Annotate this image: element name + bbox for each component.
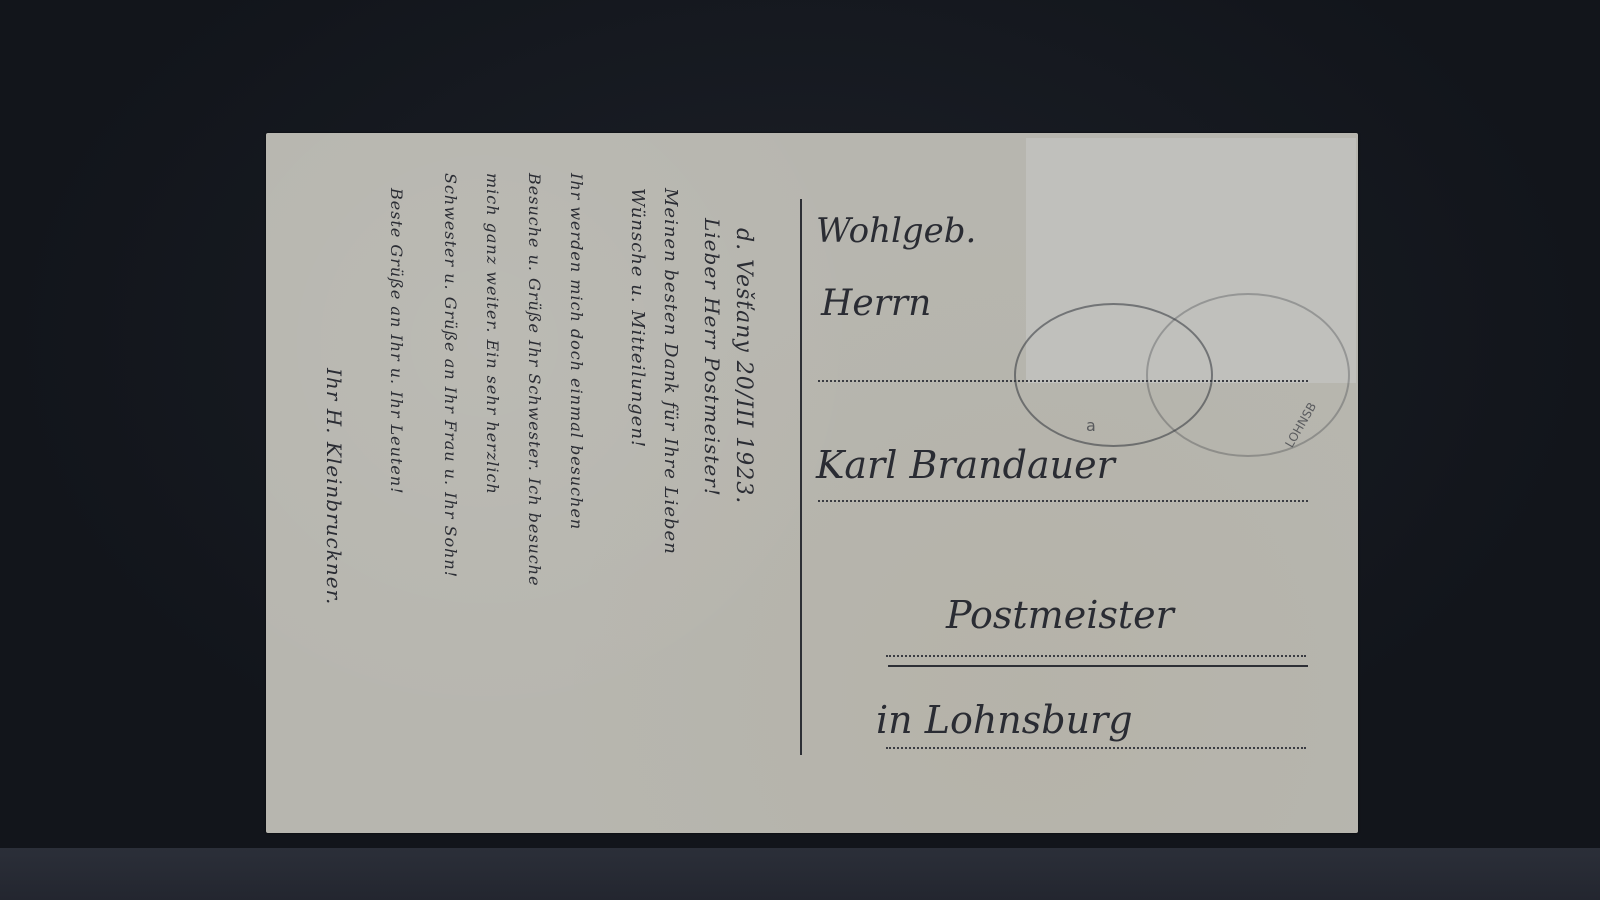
address-line-2 <box>818 500 1308 502</box>
message-line: Wünsche u. Mitteilungen! <box>627 188 648 448</box>
message-line: Ihr werden mich doch einmal besuchen <box>567 173 586 530</box>
message-area: d. Vešťany 20/III 1923. Lieber Herr Post… <box>286 168 796 818</box>
message-line: Meinen besten Dank für Ihre Lieben <box>660 188 681 555</box>
address-salutation: Wohlgeb. <box>816 211 976 251</box>
address-line-3 <box>886 655 1306 657</box>
message-line: mich ganz weiter. Ein sehr herzlich <box>483 173 502 495</box>
message-line-date: d. Vešťany 20/III 1923. <box>731 228 756 504</box>
recipient-place: in Lohnsburg <box>876 698 1133 742</box>
recipient-position: Postmeister <box>946 593 1174 637</box>
message-line: Besuche u. Grüße Ihr Schwester. Ich besu… <box>525 173 544 587</box>
address-line-4 <box>886 747 1306 749</box>
message-line: Beste Grüße an Ihr u. Ihr Leuten! <box>387 188 406 495</box>
message-line: Schwester u. Grüße an Ihr Frau u. Ihr So… <box>441 173 460 578</box>
address-title: Herrn <box>821 283 931 324</box>
message-signature: Ihr H. Kleinbruckner. <box>322 368 346 605</box>
vertical-divider-line <box>800 199 802 755</box>
postcard: d. Vešťany 20/III 1923. Lieber Herr Post… <box>266 133 1358 833</box>
postmark-letter: a <box>1086 416 1096 435</box>
recipient-name: Karl Brandauer <box>816 443 1115 487</box>
table-surface <box>0 848 1600 900</box>
postmark-circle-secondary <box>1146 293 1350 457</box>
address-underline <box>888 665 1308 667</box>
message-line: Lieber Herr Postmeister! <box>700 218 724 497</box>
